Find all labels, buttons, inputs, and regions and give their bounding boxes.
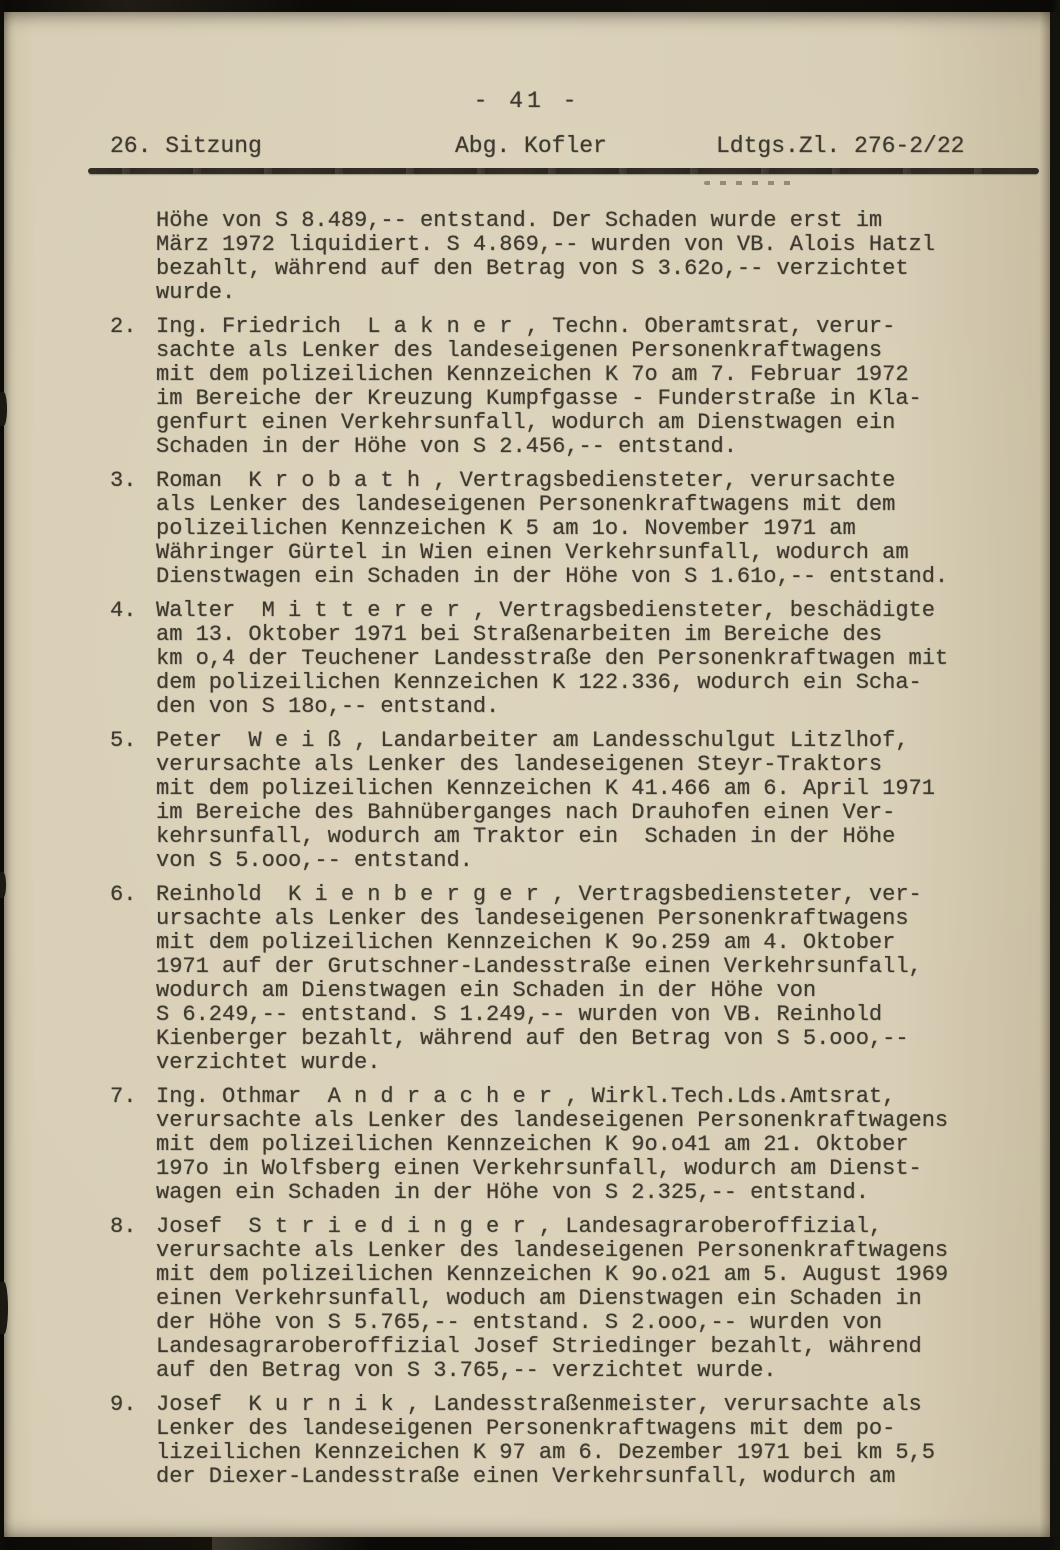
scan-border-top [0, 0, 1060, 12]
list-item: 7. Ing. Othmar A n d r a c h e r , Wirkl… [110, 1085, 1002, 1205]
header-rule-line [88, 168, 1039, 174]
item-number: 9. [110, 1393, 156, 1417]
scan-artifact [0, 872, 6, 898]
scan-border-right [1052, 0, 1060, 1550]
item-text: Josef S t r i e d i n g e r , Landesagra… [156, 1215, 1002, 1383]
scan-border-bottom [0, 1537, 1060, 1550]
item-number: 2. [110, 315, 156, 339]
item-number: 3. [110, 469, 156, 493]
paper-sheet: - 41 - 26. Sitzung Abg. Kofler Ldtgs.Zl.… [4, 12, 1050, 1538]
list-item: 4. Walter M i t t e r e r , Vertragsbedi… [110, 599, 1002, 719]
item-number: 4. [110, 599, 156, 623]
header-reference-number: Ldtgs.Zl. 276-2/22 [716, 133, 964, 159]
rule-stray-marks [704, 181, 796, 185]
scan-artifact [0, 1282, 8, 1334]
list-item: 5. Peter W e i ß , Landarbeiter am Lande… [110, 729, 1002, 873]
item-text: Ing. Othmar A n d r a c h e r , Wirkl.Te… [156, 1085, 1002, 1205]
page-number: - 41 - [4, 88, 1050, 114]
item-text: Walter M i t t e r e r , Vertragsbediens… [156, 599, 1002, 719]
item-text: Ing. Friedrich L a k n e r , Techn. Ober… [156, 315, 1002, 459]
item-text: Peter W e i ß , Landarbeiter am Landessc… [156, 729, 1002, 873]
scanned-document-page: - 41 - 26. Sitzung Abg. Kofler Ldtgs.Zl.… [0, 0, 1060, 1550]
item-number: 7. [110, 1085, 156, 1109]
item-text: Reinhold K i e n b e r g e r , Vertragsb… [156, 883, 1002, 1075]
item-number: 5. [110, 729, 156, 753]
item-number: 6. [110, 883, 156, 907]
item-text: Roman K r o b a t h , Vertragsbedienstet… [156, 469, 1002, 589]
item-text: Höhe von S 8.489,-- entstand. Der Schade… [156, 209, 1002, 305]
list-item: 2. Ing. Friedrich L a k n e r , Techn. O… [110, 315, 1002, 459]
list-item: 8. Josef S t r i e d i n g e r , Landesa… [110, 1215, 1002, 1383]
page-header: 26. Sitzung Abg. Kofler Ldtgs.Zl. 276-2/… [4, 133, 1050, 163]
header-session-label: 26. Sitzung [110, 133, 262, 159]
item-list: Höhe von S 8.489,-- entstand. Der Schade… [110, 209, 1002, 1499]
list-item: 3. Roman K r o b a t h , Vertragsbediens… [110, 469, 1002, 589]
list-item: 9. Josef K u r n i k , Landesstraßenmeis… [110, 1393, 1002, 1489]
list-item: 6. Reinhold K i e n b e r g e r , Vertra… [110, 883, 1002, 1075]
item-text: Josef K u r n i k , Landesstraßenmeister… [156, 1393, 1002, 1489]
scan-artifact [0, 392, 7, 426]
item-number: 8. [110, 1215, 156, 1239]
list-item: Höhe von S 8.489,-- entstand. Der Schade… [110, 209, 1002, 305]
header-speaker-label: Abg. Kofler [455, 133, 607, 159]
